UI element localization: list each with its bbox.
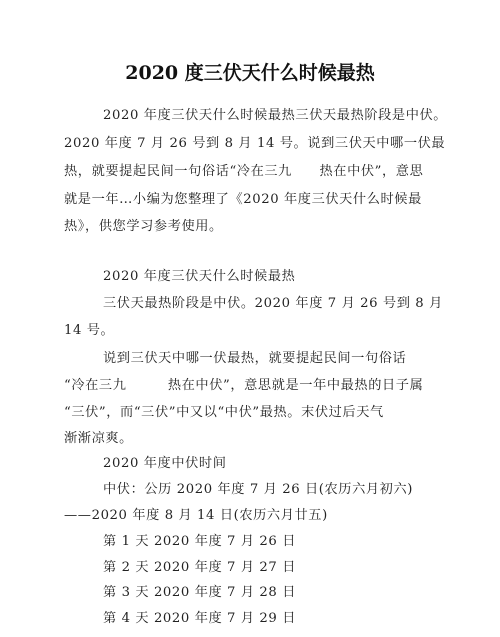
intro-line: 热，就要提起民间一句俗话“冷在三九 热在中伏”，意思: [64, 160, 423, 179]
paragraph-line: 14 号。: [64, 319, 114, 338]
day-item: 第 1 天 2020 年度 7 月 26 日: [103, 530, 296, 549]
paragraph-line: “三伏”，而“三伏”中又以“中伏”最热。末伏过后天气: [64, 401, 384, 420]
zhongfu-line: ——2020 年度 8 月 14 日(农历六月廿五): [64, 504, 328, 523]
document-title: 2020 度三伏天什么时候最热: [0, 58, 500, 85]
section-heading: 2020 年度三伏天什么时候最热: [103, 265, 295, 284]
subheading: 2020 年度中伏时间: [103, 452, 226, 471]
paragraph-line: 说到三伏天中哪一伏最热，就要提起民间一句俗话: [103, 347, 406, 366]
intro-line: 就是一年…小编为您整理了《2020 年度三伏天什么时候最: [64, 188, 422, 207]
day-item: 第 2 天 2020 年度 7 月 27 日: [103, 556, 296, 575]
paragraph-line: 三伏天最热阶段是中伏。2020 年度 7 月 26 号到 8 月: [103, 292, 443, 311]
day-item: 第 3 天 2020 年度 7 月 28 日: [103, 581, 296, 600]
zhongfu-line: 中伏：公历 2020 年度 7 月 26 日(农历六月初六): [103, 478, 413, 497]
intro-line: 热》，供您学习参考使用。: [64, 215, 223, 234]
document-page: 2020 度三伏天什么时候最热 2020 年度三伏天什么时候最热三伏天最热阶段是…: [0, 0, 500, 637]
intro-line: 2020 年度三伏天什么时候最热三伏天最热阶段是中伏。: [103, 104, 447, 123]
paragraph-line: 渐渐凉爽。: [64, 427, 133, 446]
paragraph-line: “冷在三九 热在中伏”，意思就是一年中最热的日子属: [64, 374, 423, 393]
intro-line: 2020 年度 7 月 26 号到 8 月 14 号。说到三伏天中哪一伏最: [64, 132, 445, 151]
day-item: 第 4 天 2020 年度 7 月 29 日: [103, 607, 296, 626]
